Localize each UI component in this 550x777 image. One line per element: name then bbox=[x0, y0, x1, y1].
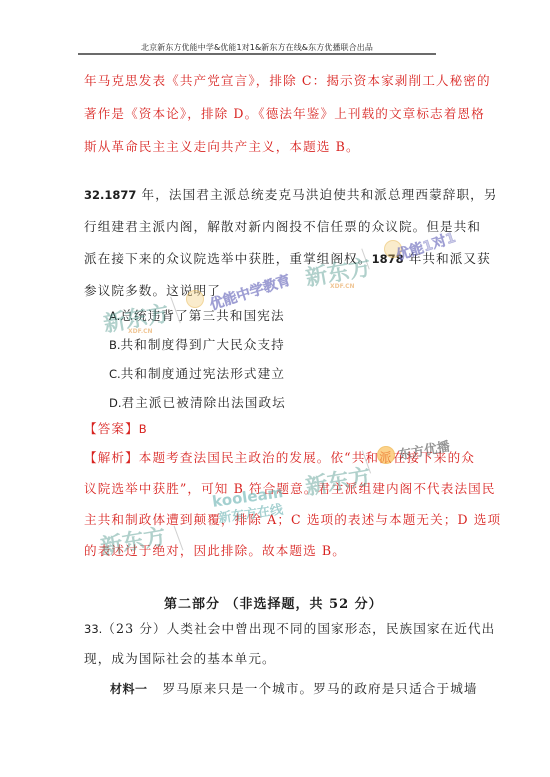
question-text: 年共和派又获 bbox=[409, 251, 491, 266]
option-text: 共和制度得到广大民众支持 bbox=[121, 337, 285, 352]
question-year: 1877 bbox=[104, 188, 136, 202]
option-letter: A. bbox=[109, 309, 120, 323]
material-text: 罗马原来只是一个城市。罗马的政府是只适合于城墙 bbox=[163, 681, 478, 696]
option-d: D.君主派已被清除出法国政坛 bbox=[109, 395, 286, 411]
material-one-line: 材料一 罗马原来只是一个城市。罗马的政府是只适合于城墙 bbox=[110, 681, 478, 697]
option-letter: C. bbox=[109, 367, 121, 381]
question-33-line-1: 33.（23 分）人类社会中曾出现不同的国家形态，民族国家在近代出 bbox=[84, 621, 495, 637]
option-letter: B. bbox=[109, 338, 121, 352]
option-b: B.共和制度得到广大民众支持 bbox=[109, 337, 285, 353]
analysis-line-2: 议院选举中获胜”，可知 B 符合题意。君主派组建内阁不代表法国民 bbox=[84, 481, 496, 497]
watermark-seal-icon bbox=[186, 290, 204, 308]
option-c: C.共和制度通过宪法形式建立 bbox=[109, 366, 285, 382]
answer-value: B bbox=[139, 422, 147, 436]
document-page: 北京新东方优能中学&优能1对1&新东方在线&东方优播联合出品 年马克思发表《共产… bbox=[0, 0, 550, 777]
option-a: A.总统违背了第三共和国宪法 bbox=[109, 308, 285, 324]
option-letter: D. bbox=[109, 396, 122, 410]
question-33-line-2: 现，成为国际社会的基本单元。 bbox=[84, 651, 276, 667]
analysis-text: 本题考查法国民主政治的发展。依“共和派在接下来的众 bbox=[139, 450, 475, 465]
watermark-seal-icon bbox=[384, 240, 402, 258]
question-32-line-2: 行组建君主派内阁，解散对新内阁投不信任票的众议院。但是共和 bbox=[84, 219, 481, 235]
analysis-label: 【解析】 bbox=[84, 450, 139, 465]
question-points: （23 分） bbox=[102, 621, 166, 636]
watermark-xdf-url: XDF.CN bbox=[330, 283, 355, 290]
question-32-line-3: 派在接下来的众议院选举中获胜，重掌组阁权。1878 年共和派又获 bbox=[84, 251, 491, 267]
explanation-line: 斯从革命民主主义走向共产主义，本题选 B。 bbox=[84, 139, 360, 155]
question-text: 派在接下来的众议院选举中获胜，重掌组阁权。 bbox=[84, 251, 372, 266]
explanation-line: 年马克思发表《共产党宣言》，排除 C：揭示资本家剥削工人秘密的 bbox=[84, 73, 491, 89]
question-text: 人类社会中曾出现不同的国家形态，民族国家在近代出 bbox=[167, 621, 496, 636]
question-32-line-1: 32.1877 年，法国君主派总统麦克马洪迫使共和派总理西蒙辞职，另 bbox=[84, 187, 498, 203]
answer-label: 【答案】 bbox=[84, 421, 139, 436]
material-label: 材料一 bbox=[110, 682, 148, 696]
analysis-line-4: 的表述过于绝对，因此排除。故本题选 B。 bbox=[84, 543, 346, 559]
question-number: 33. bbox=[84, 622, 102, 636]
header-divider bbox=[78, 53, 436, 55]
explanation-line: 著作是《资本论》，排除 D。《德法年鉴》上刊载的文章标志着恩格 bbox=[84, 106, 485, 122]
analysis-line-1: 【解析】本题考查法国民主政治的发展。依“共和派在接下来的众 bbox=[84, 450, 475, 466]
option-text: 君主派已被清除出法国政坛 bbox=[122, 395, 286, 410]
option-text: 共和制度通过宪法形式建立 bbox=[121, 366, 285, 381]
analysis-line-3: 主共和制政体遭到颠覆，排除 A；C 选项的表述与本题无关；D 选项 bbox=[84, 512, 501, 528]
part-two-title: 第二部分 （非选择题，共 52 分） bbox=[164, 593, 383, 612]
watermark-xdf-url: XDF.CN bbox=[128, 328, 153, 335]
watermark-microphone-icon bbox=[377, 446, 395, 464]
answer-line: 【答案】B bbox=[84, 421, 147, 437]
option-text: 总统违背了第三共和国宪法 bbox=[120, 308, 284, 323]
question-text: 年，法国君主派总统麦克马洪迫使共和派总理西蒙辞职，另 bbox=[142, 187, 498, 202]
question-number: 32. bbox=[84, 188, 104, 202]
